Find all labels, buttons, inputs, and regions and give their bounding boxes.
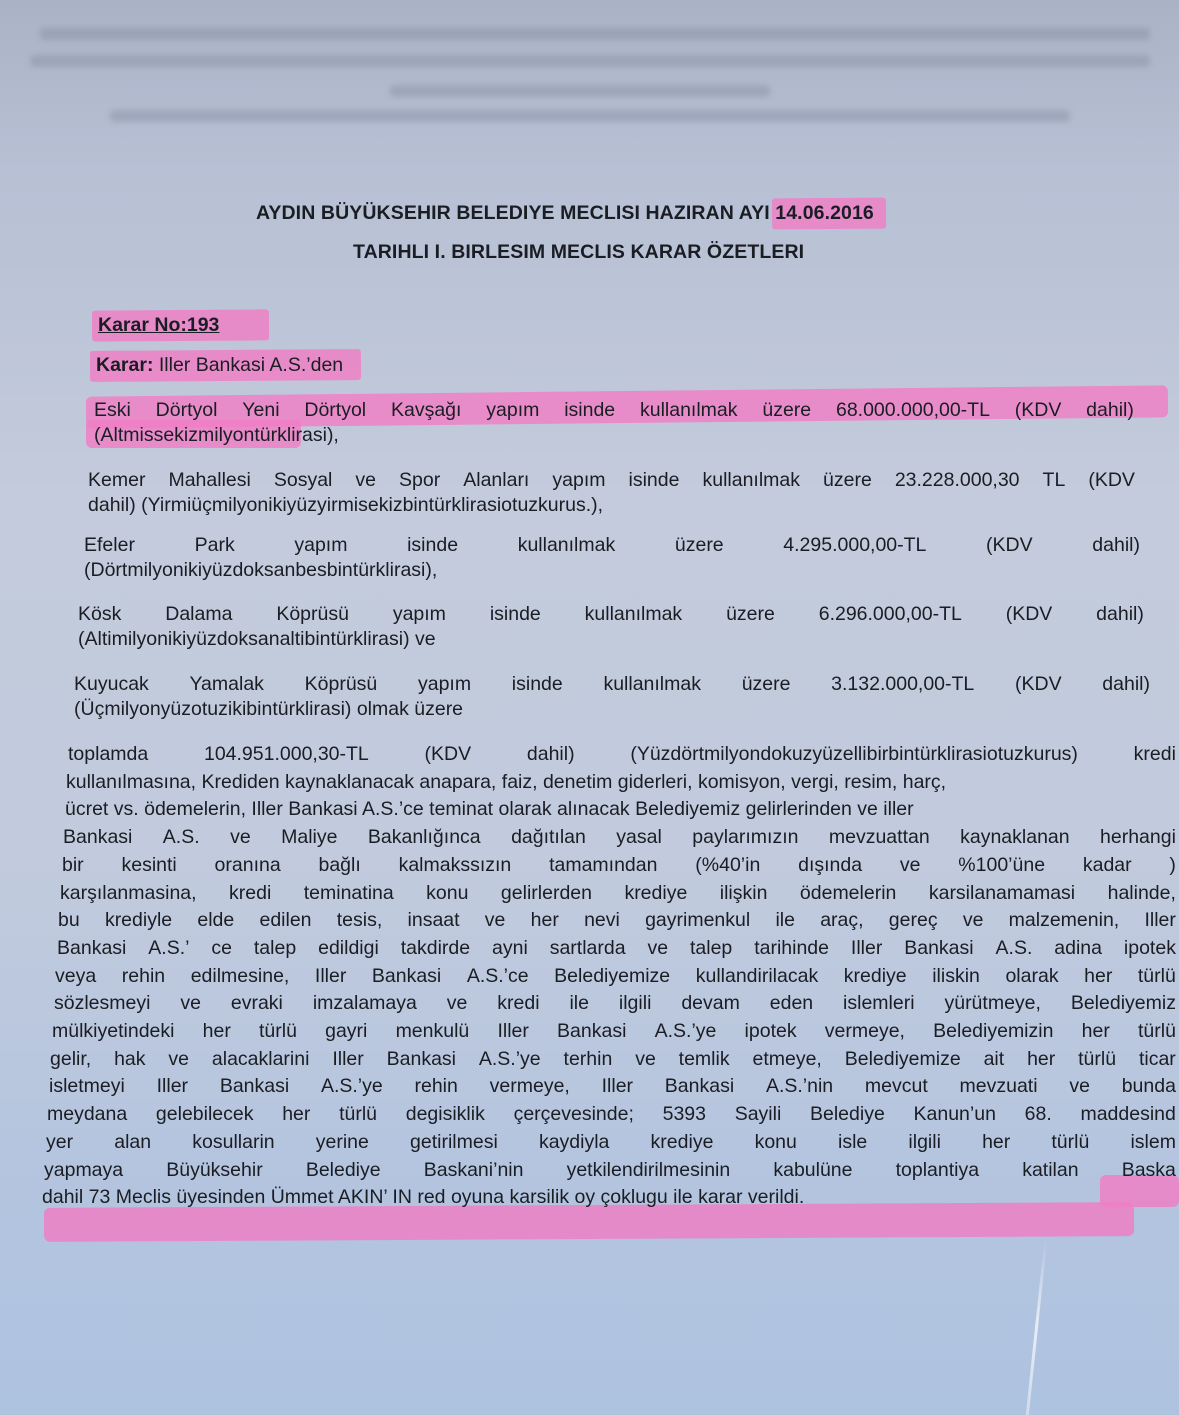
word: isinde	[629, 468, 680, 493]
decision-intro: Karar: Iller Bankasi A.S.’den	[96, 354, 343, 377]
word: dahil)	[1086, 398, 1134, 423]
word: Park	[195, 533, 235, 558]
word: Efeler	[84, 533, 135, 558]
body-line: kullanılmasına, Krediden kaynaklanacak a…	[66, 770, 1176, 795]
word: yapım	[486, 398, 539, 423]
word: Alanları	[463, 468, 529, 493]
word: üzere	[726, 602, 775, 627]
word: Dörtyol	[304, 398, 366, 423]
word: dahil)	[1102, 672, 1150, 697]
body-line: dahil 73 Meclis üyesinden Ümmet AKIN’ IN…	[42, 1185, 1176, 1210]
word: üzere	[823, 468, 872, 493]
decision-intro-text: Iller Bankasi A.S.’den	[153, 354, 343, 376]
word: (KDV	[986, 533, 1033, 558]
body-line: yeralankosullarinyerinegetirilmesikaydiy…	[46, 1130, 1176, 1155]
word: isinde	[407, 533, 458, 558]
word: Dalama	[165, 602, 232, 627]
word: kullanılmak	[585, 602, 683, 627]
bleed-through-text	[0, 0, 1179, 180]
loan-item-line1: KuyucakYamalakKöprüsüyapımisindekullanıl…	[74, 672, 1150, 697]
word: (KDV	[1015, 398, 1062, 423]
word: Köprüsü	[276, 602, 349, 627]
loan-item-line1: KöskDalamaKöprüsüyapımisindekullanılmakü…	[78, 602, 1144, 627]
word: 68.000.000,00-TL	[836, 398, 990, 423]
document-title-line1: AYDIN BÜYÜKSEHIR BELEDIYE MECLISI HAZIRA…	[256, 202, 874, 225]
word: Dörtyol	[156, 398, 218, 423]
decision-number: Karar No:193	[98, 314, 219, 337]
word: üzere	[762, 398, 811, 423]
word: yapım	[393, 602, 446, 627]
word: Yamalak	[190, 672, 264, 697]
word: 6.296.000,00-TL	[819, 602, 962, 627]
title-text: AYDIN BÜYÜKSEHIR BELEDIYE MECLISI HAZIRA…	[256, 202, 770, 224]
word: yapım	[294, 533, 347, 558]
word: (KDV	[1088, 468, 1135, 493]
body-line: bukrediyleeldeedilentesis,insaatvehernev…	[58, 908, 1176, 933]
decision-label: Karar:	[96, 354, 153, 376]
body-line: toplamda104.951.000,30-TL(KDVdahil)(Yüzd…	[68, 742, 1176, 767]
word: Köprüsü	[305, 672, 378, 697]
loan-item: KuyucakYamalakKöprüsüyapımisindekullanıl…	[74, 672, 1150, 721]
word: 23.228.000,30	[895, 468, 1020, 493]
loan-item: KöskDalamaKöprüsüyapımisindekullanılmakü…	[78, 602, 1144, 651]
body-line: ücret vs. ödemelerin, Iller Bankasi A.S.…	[65, 797, 1176, 822]
word: 4.295.000,00-TL	[783, 533, 926, 558]
word: kullanılmak	[640, 398, 738, 423]
document-page: AYDIN BÜYÜKSEHIR BELEDIYE MECLISI HAZIRA…	[0, 0, 1179, 1415]
loan-item-line2: (Üçmilyonyüzotuzikibintürklirasi) olmak …	[74, 697, 1150, 722]
loan-item-line2: (Altmissekizmilyontürklirasi),	[94, 423, 1134, 448]
body-line: sözlesmeyiveevrakiimzalamayavekrediileil…	[54, 991, 1176, 1016]
word: Kavşağı	[391, 398, 461, 423]
word: kullanılmak	[518, 533, 616, 558]
word: 3.132.000,00-TL	[831, 672, 974, 697]
word: Sosyal	[274, 468, 333, 493]
word: dahil)	[1096, 602, 1144, 627]
word: Eski	[94, 398, 131, 423]
body-line: karşılanmasina,krediteminatinakonugelirl…	[60, 881, 1176, 906]
body-line: veyarehinedilmesine,IllerBankasiA.S.’ceB…	[55, 964, 1176, 989]
loan-item-line2: (Altimilyonikiyüzdoksanaltibintürklirasi…	[78, 627, 1144, 652]
meeting-date: 14.06.2016	[775, 202, 874, 225]
word: üzere	[742, 672, 791, 697]
word: Yeni	[242, 398, 279, 423]
word: üzere	[675, 533, 724, 558]
word: (KDV	[1015, 672, 1062, 697]
word: kullanılmak	[702, 468, 800, 493]
loan-item-line1: EskiDörtyolYeniDörtyolKavşağıyapımisinde…	[94, 398, 1134, 423]
word: yapım	[552, 468, 605, 493]
body-line: birkesintioranınabağlıkalmakssızıntamamı…	[62, 853, 1176, 878]
word: TL	[1043, 468, 1066, 493]
word: kullanılmak	[603, 672, 701, 697]
loan-item: EskiDörtyolYeniDörtyolKavşağıyapımisinde…	[94, 398, 1134, 447]
word: (KDV	[1006, 602, 1053, 627]
body-line: isletmeyiIllerBankasiA.S.’yerehinvermeye…	[49, 1074, 1176, 1099]
loan-item: KemerMahallesiSosyalveSporAlanlarıyapımi…	[88, 468, 1135, 517]
document-title-line2: TARIHLI I. BIRLESIM MECLIS KARAR ÖZETLER…	[353, 241, 804, 264]
body-line: BankasiA.S.’cetalepedildigitakdirdeaynis…	[57, 936, 1176, 961]
body-line: mülkiyetindekihertürlügayrimenkulüIllerB…	[52, 1019, 1176, 1044]
word: isinde	[564, 398, 615, 423]
word: Kuyucak	[74, 672, 149, 697]
body-line: meydanagelebilecekhertürlüdegisiklikçerç…	[47, 1102, 1176, 1127]
word: yapım	[418, 672, 471, 697]
word: Mahallesi	[168, 468, 250, 493]
word: Spor	[399, 468, 440, 493]
loan-item-line2: dahil) (Yirmiüçmilyonikiyüzyirmisekizbin…	[88, 493, 1135, 518]
loan-item-line1: EfelerParkyapımisindekullanılmaküzere4.2…	[84, 533, 1140, 558]
word: isinde	[512, 672, 563, 697]
word: Kemer	[88, 468, 145, 493]
paper-crease	[1026, 1240, 1047, 1415]
loan-item-line1: KemerMahallesiSosyalveSporAlanlarıyapımi…	[88, 468, 1135, 493]
body-line: BankasiA.S.veMaliyeBakanlığıncadağıtılan…	[63, 825, 1176, 850]
word: isinde	[490, 602, 541, 627]
loan-item: EfelerParkyapımisindekullanılmaküzere4.2…	[84, 533, 1140, 582]
body-line: yapmayaBüyüksehirBelediyeBaskani’ninyetk…	[44, 1158, 1176, 1183]
word: dahil)	[1092, 533, 1140, 558]
loan-item-line2: (Dörtmilyonikiyüzdoksanbesbintürklirasi)…	[84, 558, 1140, 583]
body-line: gelir,hakvealacaklariniIllerBankasiA.S.’…	[50, 1047, 1176, 1072]
word: ve	[355, 468, 376, 493]
word: Kösk	[78, 602, 121, 627]
